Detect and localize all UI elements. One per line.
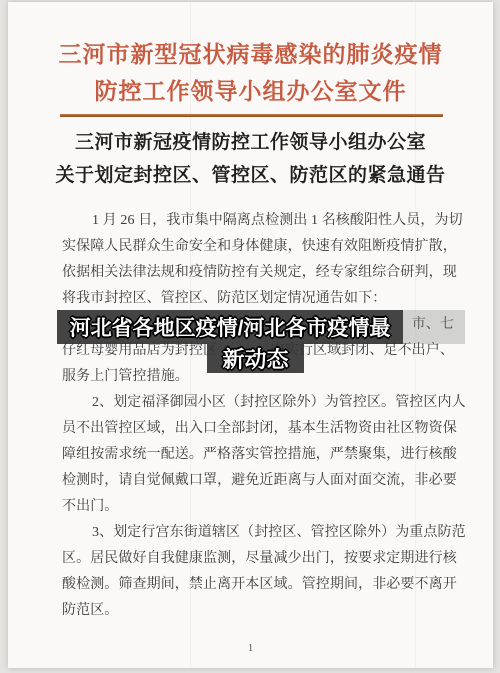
document-line: 实保障人民群众生命安全和身体健康，快速有效阻断疫情扩散，	[62, 234, 454, 260]
document-body: 1 月 26 日，我市集中隔离点检测出 1 名核酸阳性人员，为切 实保障人民群众…	[62, 208, 454, 624]
document-line: 员不出管控区域，出入口全部封闭，基本生活物资由社区物资保	[62, 416, 454, 442]
document-title-line1: 三河市新冠疫情防控工作领导小组办公室	[8, 126, 493, 159]
overlay-caption-line1: 河北省各地区疫情/河北各市疫情最	[57, 310, 403, 344]
letterhead-divider	[60, 114, 443, 117]
document-line: 将我市封控区、管控区、防范区划定情况通告如下：	[62, 286, 454, 312]
document-line: 区。居民做好自我健康监测，尽量减少出门，按要求定期进行核	[62, 546, 454, 572]
document-title: 三河市新冠疫情防控工作领导小组办公室 关于划定封控区、管控区、防范区的紧急通告	[8, 126, 493, 192]
document-line: 不出门。	[62, 494, 454, 520]
document-line: 1 月 26 日，我市集中隔离点检测出 1 名核酸阳性人员，为切	[62, 208, 454, 234]
document-line: 依据相关法律法规和疫情防控有关规定，经专家组综合研判，现	[62, 260, 454, 286]
document-title-line2: 关于划定封控区、管控区、防范区的紧急通告	[8, 159, 493, 192]
document-line: 防范区。	[62, 598, 454, 624]
overlay-caption-text-line2: 新动态	[222, 343, 288, 374]
letterhead-line1: 三河市新型冠状病毒感染的肺炎疫情	[8, 36, 493, 73]
document-line: 3、划定行宫东街道辖区（封控区、管控区除外）为重点防范	[62, 520, 454, 546]
caption-shadow-wash	[403, 310, 465, 344]
letterhead: 三河市新型冠状病毒感染的肺炎疫情 防控工作领导小组办公室文件	[8, 36, 493, 110]
letterhead-line2: 防控工作领导小组办公室文件	[8, 73, 493, 110]
document-line: 2、划定福泽御园小区（封控区除外）为管控区。管控区内人	[62, 390, 454, 416]
overlay-caption-text-line1: 河北省各地区疫情/河北各市疫情最	[70, 312, 391, 342]
overlay-caption-line2: 新动态	[207, 344, 304, 373]
document-line: 酸检测。筛查期间，禁止离开本区域。管控期间，非必要不离开	[62, 572, 454, 598]
document-line: 障组按需求统一配送。严格落实管控措施，严禁聚集，进行核酸	[62, 442, 454, 468]
page-number: 1	[8, 642, 493, 654]
document-line: 检测时，请自觉佩戴口罩，避免近距离与人面对面交流，非必要	[62, 468, 454, 494]
photo-background: 三河市新型冠状病毒感染的肺炎疫情 防控工作领导小组办公室文件 三河市新冠疫情防控…	[0, 0, 500, 673]
